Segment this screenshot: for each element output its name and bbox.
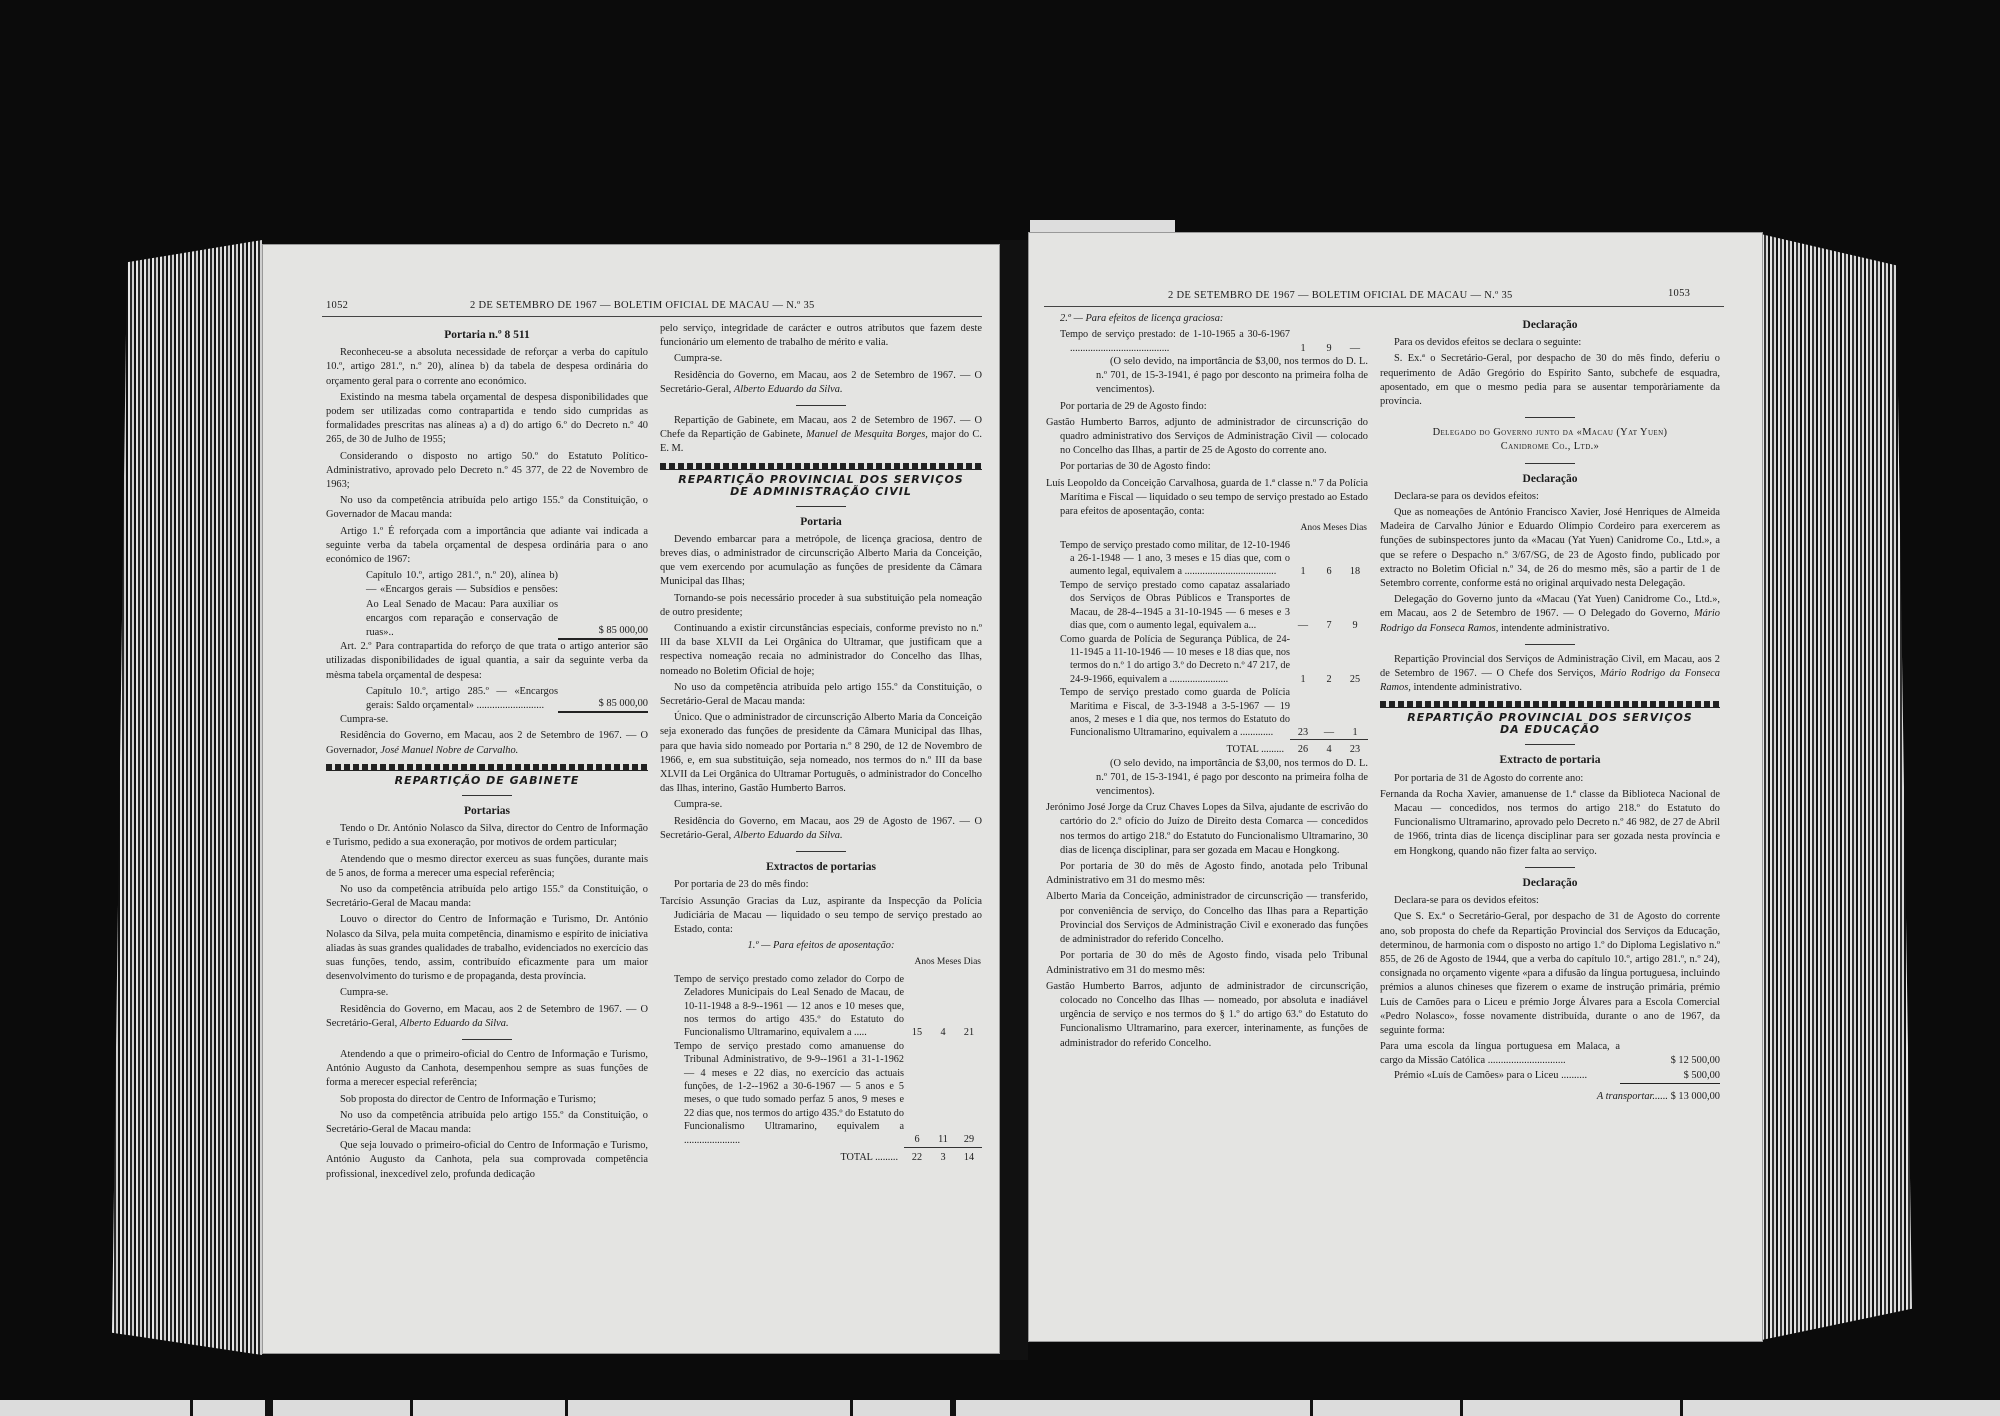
paragraph: Reconheceu-se a absoluta necessidade de … [326,346,648,389]
page-number: 1052 [326,300,348,311]
page-number: 1053 [1668,288,1690,299]
service-time-table: Anos Meses Dias Tempo de serviço prestad… [1046,521,1368,756]
ornamental-rule [326,764,648,771]
closing: Residência do Governo, em Macau, aos 29 … [660,815,982,843]
paragraph: 1.º — Para efeitos de aposentação: [660,939,982,953]
table-header: Anos Meses Dias [1290,521,1368,538]
left-page: 1052 2 DE SETEMBRO DE 1967 — BOLETIM OFI… [262,244,1000,1354]
paragraph: Considerando o disposto no artigo 50.º d… [326,450,648,493]
paragraph: Tornando-se pois necessário proceder à s… [660,592,982,620]
paragraph: Existindo na mesma tabela orçamental de … [326,391,648,448]
declaration-title: Declaração [1380,318,1720,332]
paragraph: Fernanda da Rocha Xavier, amanuense de 1… [1380,788,1720,859]
paragraph: Declara-se para os devidos efeitos: [1380,894,1720,908]
table-total-row: TOTAL .........26423 [1046,740,1368,757]
paragraph: pelo serviço, integridade de carácter e … [660,322,982,350]
table-header: Anos Meses Dias [904,955,982,972]
paragraph: Atendendo que o mesmo director exerceu a… [326,853,648,881]
subsection-title: Extractos de portarias [660,860,982,874]
table-total-row: TOTAL .........22314 [660,1147,982,1164]
paragraph: No uso da competência atribuída pelo art… [660,681,982,709]
paragraph: S. Ex.ª o Secretário-Geral, por despacho… [1380,352,1720,409]
paragraph: Por portaria de 30 do mês de Agosto find… [1046,860,1368,888]
paragraph: Devendo embarcar para a metrópole, de li… [660,533,982,590]
signatory: Alberto Eduardo da Silva. [734,384,843,395]
stamp-note: (O selo devido, na importância de $3,00,… [1046,355,1368,398]
paragraph: Que seja louvado o primeiro-oficial do C… [326,1139,648,1182]
paragraph: Declara-se para os devidos efeitos: [1380,490,1720,504]
budget-line: Para uma escola da língua portuguesa em … [1380,1040,1720,1068]
paragraph: Por portaria de 29 de Agosto findo: [1046,400,1368,414]
budget-line: Prémio «Luís de Camões» para o Liceu ...… [1380,1069,1720,1084]
paragraph: Por portaria de 30 do mês de Agosto find… [1046,949,1368,977]
paragraph: Atendendo a que o primeiro-oficial do Ce… [326,1048,648,1091]
paragraph: Continuando a existir circunstâncias esp… [660,622,982,679]
paragraph: Único. Que o administrador de circunscri… [660,711,982,796]
header-rule [1044,306,1724,307]
closing: Residência do Governo, em Macau, aos 2 d… [660,369,982,397]
paragraph: Que S. Ex.ª o Secretário-Geral, por desp… [1380,910,1720,1038]
closing: Repartição Provincial dos Serviços de Ad… [1380,653,1720,696]
paragraph: Artigo 1.º É reforçada com a importância… [326,525,648,568]
running-head: 2 DE SETEMBRO DE 1967 — BOLETIM OFICIAL … [1168,290,1513,301]
separator [796,506,846,507]
service-time-table: Anos Meses Dias Tempo de serviço prestad… [660,955,982,1164]
paragraph: Que as nomeações de António Francisco Xa… [1380,506,1720,591]
table-row: Tempo de serviço prestado como amanuense… [660,1040,982,1147]
section-title: REPARTIÇÃO DE GABINETE [326,775,648,787]
table-row: Tempo de serviço prestado como capataz a… [1046,579,1368,633]
left-column-1: Portaria n.º 8 511 Reconheceu-se a absol… [326,322,648,1184]
paragraph: Cumpra-se. [326,986,648,1000]
section-title: REPARTIÇÃO PROVINCIAL DOS SERVIÇOSDE ADM… [660,474,982,498]
paragraph: No uso da competência atribuída pelo art… [326,883,648,911]
stamp-note: (O selo devido, na importância de $3,00,… [1046,757,1368,800]
portaria-title: Portaria n.º 8 511 [326,328,648,342]
table-row: Como guarda de Polícia de Segurança Públ… [1046,633,1368,687]
table-row: Tempo de serviço prestado: de 1-10-1965 … [1046,328,1368,355]
closing: Delegação do Governo junto da «Macau (Ya… [1380,593,1720,636]
paragraph: Tendo o Dr. António Nolasco da Silva, di… [326,822,648,850]
table-row: Tempo de serviço prestado como guarda de… [1046,686,1368,740]
separator [1525,867,1575,868]
separator [796,851,846,852]
separator [1525,744,1575,745]
paragraph: Para os devidos efeitos se declara o seg… [1380,336,1720,350]
signatory: Alberto Eduardo da Silva. [400,1018,509,1029]
book-edge-left [112,240,262,1355]
running-head: 2 DE SETEMBRO DE 1967 — BOLETIM OFICIAL … [470,300,815,311]
amount: $ 500,00 [1620,1069,1720,1084]
paragraph: Louvo o director do Centro de Informação… [326,913,648,984]
paragraph: Sob proposta do director de Centro de In… [326,1093,648,1107]
paragraph: No uso da competência atribuída pelo art… [326,1109,648,1137]
separator [796,405,846,406]
subsection-title: Extracto de portaria [1380,753,1720,767]
paragraph: Alberto Maria da Conceição, administrado… [1046,890,1368,947]
paragraph: Por portarias de 30 de Agosto findo: [1046,460,1368,474]
paragraph: No uso da competência atribuída pelo art… [326,494,648,522]
paragraph: Gastão Humberto Barros, adjunto de admin… [1046,416,1368,459]
separator [1525,644,1575,645]
closing: Repartição de Gabinete, em Macau, aos 2 … [660,414,982,457]
paragraph: Tarcísio Assunção Gracias da Luz, aspira… [660,895,982,938]
paragraph: Por portaria de 23 do mês findo: [660,878,982,892]
delegate-heading: Delegado do Governo junto da «Macau (Yat… [1380,426,1720,454]
amount: $ 85 000,00 [558,697,648,713]
subsection-title: Portarias [326,804,648,818]
paragraph: Cumpra-se. [660,352,982,366]
paragraph: Art. 2.º Para contrapartida do reforço d… [326,640,648,683]
table-row: Tempo de serviço prestado como zelador d… [660,973,982,1040]
subsection-title: Portaria [660,515,982,529]
closing: Residência do Governo, em Macau, aos 2 d… [326,729,648,757]
right-page: 2 DE SETEMBRO DE 1967 — BOLETIM OFICIAL … [1028,232,1763,1342]
paragraph: 2.º — Para efeitos de licença graciosa: [1046,312,1368,326]
paragraph: Cumpra-se. [326,713,648,727]
signatory: Manuel de Mesquita Borges, [806,429,928,440]
scan-ruler [0,1400,2000,1416]
amount: $ 85 000,00 [558,624,648,640]
paragraph: Jerónimo José Jorge da Cruz Chaves Lopes… [1046,801,1368,858]
amount: $ 12 500,00 [1671,1054,1720,1068]
leave-time-table: Tempo de serviço prestado: de 1-10-1965 … [1046,328,1368,355]
paragraph: Cumpra-se. [660,798,982,812]
ornamental-rule [1380,701,1720,708]
ornamental-rule [660,463,982,470]
paragraph: Luís Leopoldo da Conceição Carvalhosa, g… [1046,477,1368,520]
paragraph: Gastão Humberto Barros, adjunto de admin… [1046,980,1368,1051]
header-rule [322,316,982,317]
closing: Residência do Governo, em Macau, aos 2 d… [326,1003,648,1031]
table-row: Tempo de serviço prestado como militar, … [1046,539,1368,579]
separator [462,795,512,796]
separator [1525,417,1575,418]
right-column-2: Declaração Para os devidos efeitos se de… [1380,312,1720,1106]
declaration-title: Declaração [1380,472,1720,486]
carry-forward: A transportar...... $ 13 000,00 [1380,1090,1720,1104]
budget-line: Capítulo 10.º, artigo 281.º, n.º 20), al… [326,569,648,640]
book-gutter [1000,240,1028,1360]
book-edge-right [1752,232,1912,1342]
right-column-1: 2.º — Para efeitos de licença graciosa: … [1046,312,1368,1053]
separator [1525,463,1575,464]
signatory: Alberto Eduardo da Silva. [734,830,843,841]
section-title: REPARTIÇÃO PROVINCIAL DOS SERVIÇOSDA EDU… [1380,712,1720,736]
paragraph: Por portaria de 31 de Agosto do corrente… [1380,772,1720,786]
left-column-2: pelo serviço, integridade de carácter e … [660,322,982,1164]
signatory: José Manuel Nobre de Carvalho. [380,745,518,756]
separator [462,1039,512,1040]
budget-line: Capítulo 10.º, artigo 285.º — «Encargos … [326,685,648,713]
declaration-title: Declaração [1380,876,1720,890]
